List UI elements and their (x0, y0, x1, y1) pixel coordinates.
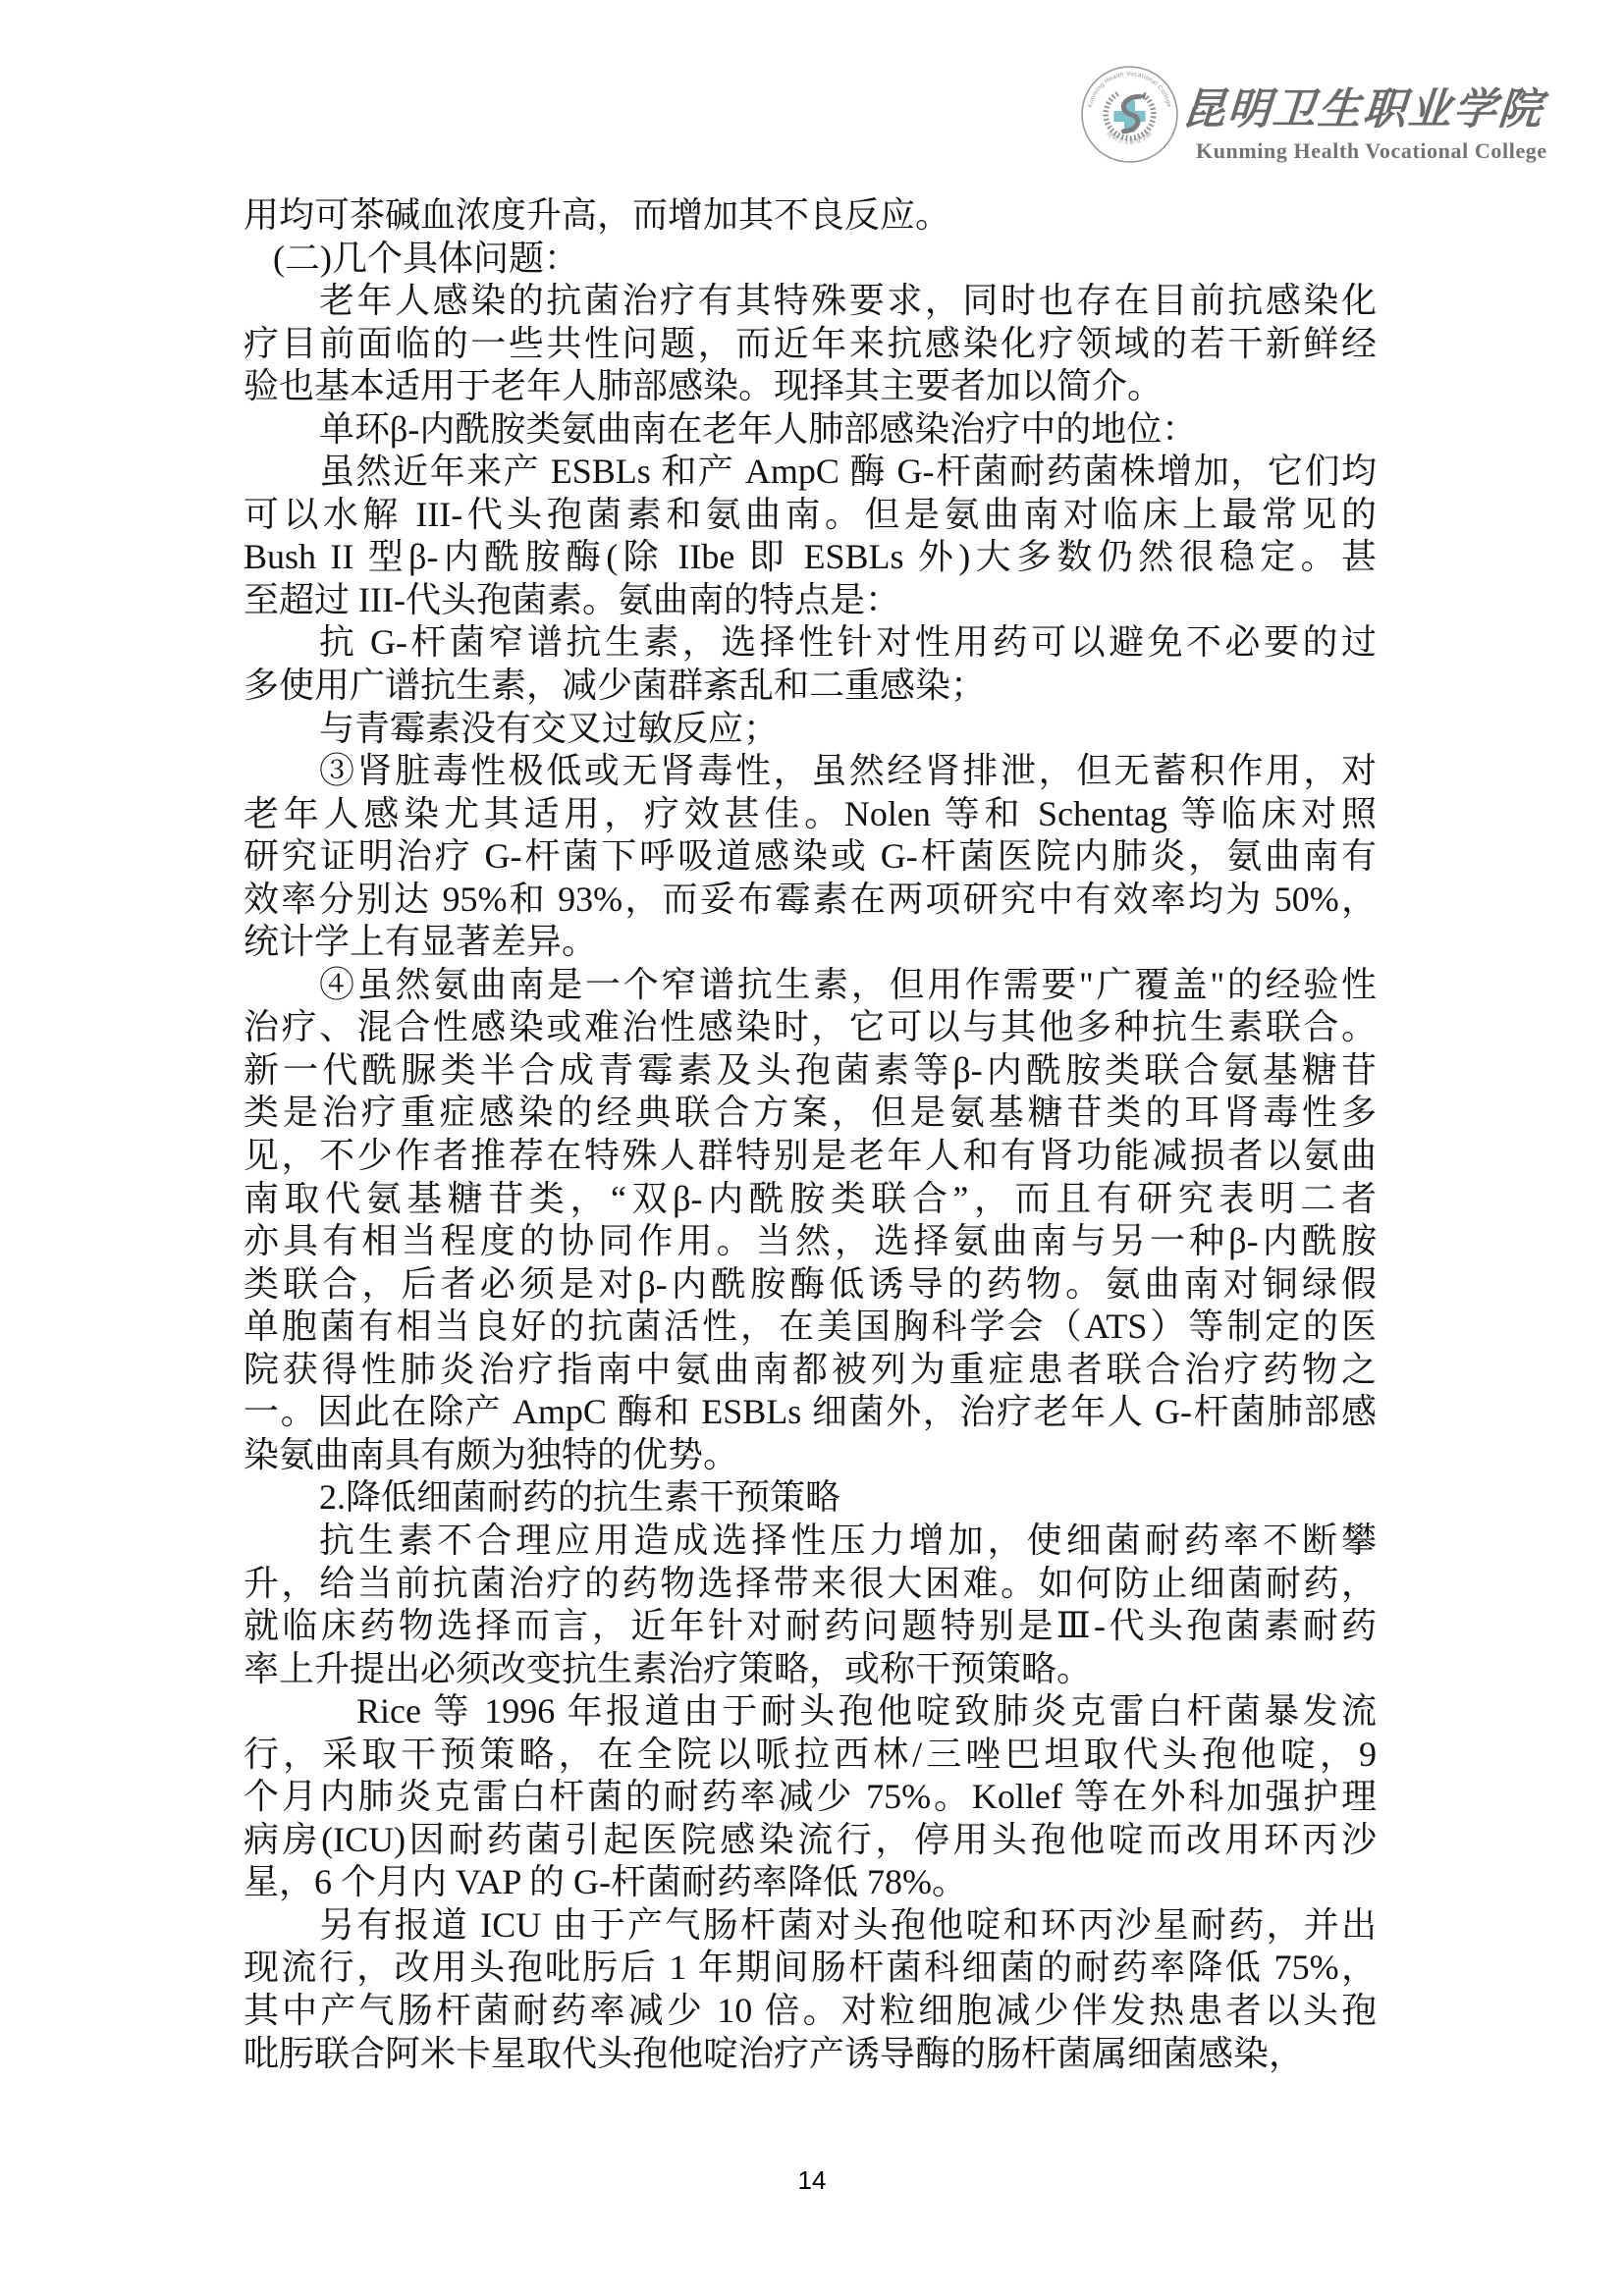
document-page: Kunming Health Vocational College 昆明卫生职业… (0, 0, 1624, 2296)
college-seal: Kunming Health Vocational College 昆明卫生职业… (1080, 65, 1179, 164)
text-line: 行，采取干预策略，在全院以哌拉西林/三唑巴坦取代头孢他啶，9 (244, 1734, 1377, 1777)
text-line: 单环β-内酰胺类氨曲南在老年人肺部感染治疗中的地位： (244, 408, 1377, 452)
college-name-english: Kunming Health Vocational College (1196, 138, 1569, 164)
text-line: (二)几个具体问题： (244, 238, 1377, 281)
text-line: 类联合，后者必须是对β-内酰胺酶低诱导的药物。氨曲南对铜绿假 (244, 1263, 1377, 1307)
text-line: 可以水解 III-代头孢菌素和氨曲南。但是氨曲南对临床上最常见的 (244, 494, 1377, 537)
text-line: 就临床药物选择而言，近年针对耐药问题特别是Ⅲ-代头孢菌素耐药 (244, 1605, 1377, 1648)
header-logo: Kunming Health Vocational College 昆明卫生职业… (0, 0, 1624, 182)
text-line: ④虽然氨曲南是一个窄谱抗生素，但用作需要"广覆盖"的经验性 (244, 964, 1377, 1007)
document-body: 用均可茶碱血浓度升高，而增加其不良反应。(二)几个具体问题：老年人感染的抗菌治疗… (244, 194, 1377, 2075)
text-line: 星，6 个月内 VAP 的 G-杆菌耐药率降低 78%。 (244, 1861, 1377, 1904)
text-line: 多使用广谱抗生素，减少菌群紊乱和二重感染； (244, 665, 1377, 708)
text-line: 治疗、混合性感染或难治性感染时，它可以与其他多种抗生素联合。 (244, 1006, 1377, 1049)
text-line: 2.降低细菌耐药的抗生素干预策略 (244, 1476, 1377, 1520)
text-line: 现流行，改用头孢吡肟后 1 年期间肠杆菌科细菌的耐药率降低 75%， (244, 1947, 1377, 1990)
text-line: 个月内肺炎克雷白杆菌的耐药率减少 75%。Kollef 等在外科加强护理 (244, 1776, 1377, 1819)
text-line: 率上升提出必须改变抗生素治疗策略，或称干预策略。 (244, 1648, 1377, 1691)
text-line: 验也基本适用于老年人肺部感染。现择其主要者加以简介。 (244, 365, 1377, 408)
text-line: 病房(ICU)因耐药菌引起医院感染流行，停用头孢他啶而改用环丙沙 (244, 1819, 1377, 1862)
text-line: 一。因此在除产 AmpC 酶和 ESBLs 细菌外，治疗老年人 G-杆菌肺部感 (244, 1391, 1377, 1434)
text-line: 院获得性肺炎治疗指南中氨曲南都被列为重症患者联合治疗药物之 (244, 1349, 1377, 1392)
text-line: 染氨曲南具有颇为独特的优势。 (244, 1434, 1377, 1477)
text-line: 统计学上有显著差异。 (244, 921, 1377, 964)
text-line: 见，不少作者推荐在特殊人群特别是老年人和有肾功能减损者以氨曲 (244, 1135, 1377, 1178)
text-line: 老年人感染的抗菌治疗有其特殊要求，同时也存在目前抗感染化 (244, 280, 1377, 323)
text-line: 抗 G-杆菌窄谱抗生素，选择性针对性用药可以避免不必要的过 (244, 621, 1377, 665)
text-line: Rice 等 1996 年报道由于耐头孢他啶致肺炎克雷白杆菌暴发流 (244, 1690, 1377, 1734)
text-line: 南取代氨基糖苷类，“双β-内酰胺类联合”，而且有研究表明二者 (244, 1178, 1377, 1221)
text-line: 抗生素不合理应用造成选择性压力增加，使细菌耐药率不断攀 (244, 1520, 1377, 1563)
text-line: 新一代酰脲类半合成青霉素及头孢菌素等β-内酰胺类联合氨基糖苷 (244, 1049, 1377, 1093)
text-line: 亦具有相当程度的协同作用。当然，选择氨曲南与另一种β-内酰胺 (244, 1220, 1377, 1263)
text-line: 用均可茶碱血浓度升高，而增加其不良反应。 (244, 194, 1377, 238)
text-line: ③肾脏毒性极低或无肾毒性，虽然经肾排泄，但无蓄积作用，对 (244, 750, 1377, 793)
text-line: 研究证明治疗 G-杆菌下呼吸道感染或 G-杆菌医院内肺炎，氨曲南有 (244, 835, 1377, 879)
text-line: 吡肟联合阿米卡星取代头孢他啶治疗产诱导酶的肠杆菌属细菌感染， (244, 2033, 1377, 2076)
text-line: 疗目前面临的一些共性问题，而近年来抗感染化疗领域的若干新鲜经 (244, 323, 1377, 366)
text-line: 类是治疗重症感染的经典联合方案，但是氨基糖苷类的耳肾毒性多 (244, 1092, 1377, 1135)
text-line: 虽然近年来产 ESBLs 和产 AmpC 酶 G-杆菌耐药菌株增加，它们均 (244, 451, 1377, 494)
text-line: 与青霉素没有交叉过敏反应； (244, 708, 1377, 751)
text-line: 至超过 III-代头孢菌素。氨曲南的特点是： (244, 579, 1377, 622)
text-line: 升，给当前抗菌治疗的药物选择带来很大困难。如何防止细菌耐药， (244, 1563, 1377, 1606)
text-line: 单胞菌有相当良好的抗菌活性，在美国胸科学会（ATS）等制定的医 (244, 1306, 1377, 1349)
text-line: 另有报道 ICU 由于产气肠杆菌对头孢他啶和环丙沙星耐药，并出 (244, 1904, 1377, 1948)
page-number: 14 (0, 2165, 1624, 2195)
text-line: Bush II 型β-内酰胺酶(除 IIbe 即 ESBLs 外)大多数仍然很稳… (244, 536, 1377, 579)
text-line: 效率分别达 95%和 93%，而妥布霉素在两项研究中有效率均为 50%， (244, 879, 1377, 922)
college-name-calligraphy: 昆明卫生职业学院 (1180, 84, 1557, 135)
text-line: 其中产气肠杆菌耐药率减少 10 倍。对粒细胞减少伴发热患者以头孢 (244, 1990, 1377, 2033)
text-line: 老年人感染尤其适用，疗效甚佳。Nolen 等和 Schentag 等临床对照 (244, 793, 1377, 836)
